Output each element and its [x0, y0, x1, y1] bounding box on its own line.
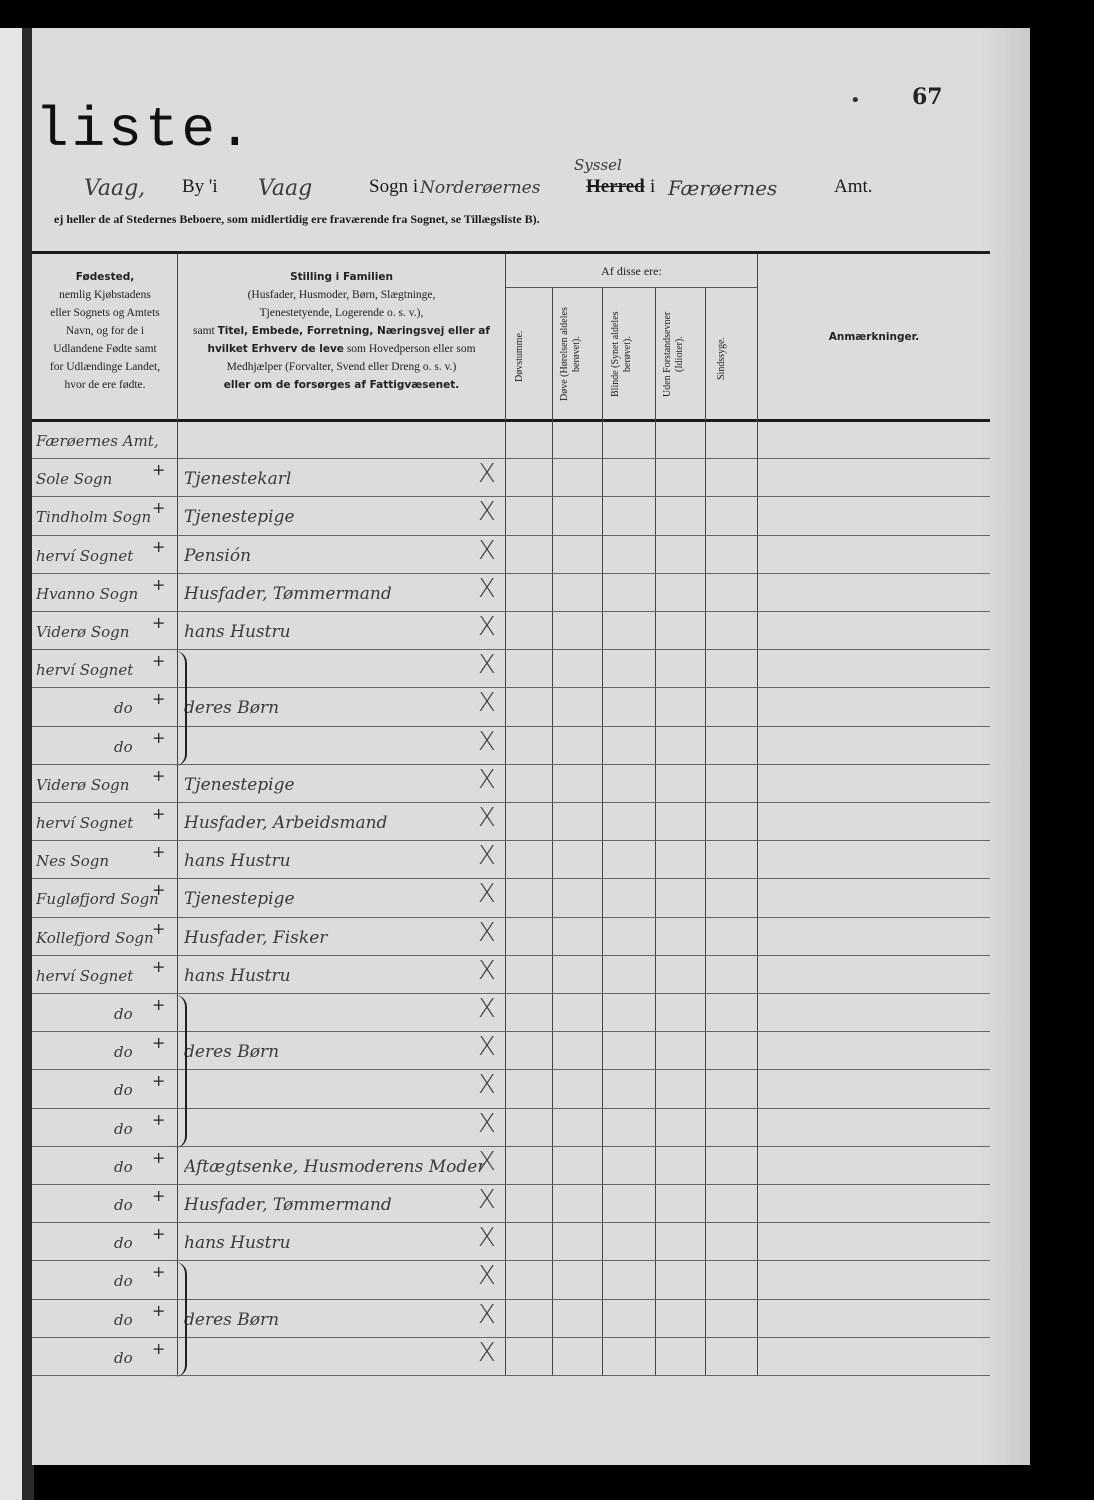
- stilling-cell: hans Hustru: [184, 966, 484, 986]
- table-row: herví Sognet+Husfader, ArbeidsmandX: [32, 802, 990, 840]
- stilling-cell: Tjenestekarl: [184, 469, 484, 489]
- table-row: do+Aftægtsenke, Husmoderens ModerX: [32, 1146, 990, 1184]
- deceased-cross-mark: +: [152, 651, 165, 670]
- table-row: Hvanno Sogn+Husfader, TømmermandX: [32, 573, 990, 611]
- header-af-disse-ere: Af disse ere:: [506, 262, 757, 280]
- page-number: 67: [912, 84, 943, 110]
- x-mark: X: [478, 727, 496, 757]
- x-mark: X: [478, 650, 496, 680]
- af-disse-subrule: [506, 287, 757, 288]
- stilling-cell: hans Hustru: [184, 851, 484, 871]
- grouping-brace-icon: [175, 1262, 187, 1377]
- header-blinde: Blinde (Synet aldeles berøvet).: [610, 294, 646, 414]
- table-row: do+hans HustruX: [32, 1222, 990, 1260]
- deceased-cross-mark: +: [152, 1301, 165, 1320]
- table-row: Viderø Sogn+TjenestepigeX: [32, 764, 990, 802]
- deceased-cross-mark: +: [152, 613, 165, 632]
- deceased-cross-mark: +: [152, 957, 165, 976]
- stilling-cell: Husfader, Tømmermand: [184, 1195, 484, 1215]
- amt-value: Færøernes: [668, 176, 777, 200]
- stilling-cell: deres Børn: [184, 1042, 484, 1062]
- table-row: herví Sognet+PensiónX: [32, 535, 990, 573]
- deceased-cross-mark: +: [152, 728, 165, 747]
- stilling-cell: Aftægtsenke, Husmoderens Moder: [184, 1157, 484, 1177]
- header-dovstumme: Døvstumme.: [514, 306, 544, 406]
- x-mark: X: [478, 1223, 496, 1253]
- x-mark: X: [478, 1032, 496, 1062]
- x-mark: X: [478, 994, 496, 1024]
- header-fodested: Fødested, nemlig Kjøbstadens eller Sogne…: [34, 268, 176, 394]
- x-mark: X: [478, 497, 496, 527]
- x-mark: X: [478, 574, 496, 604]
- deceased-cross-mark: +: [152, 689, 165, 708]
- stilling-cell: Pensión: [184, 546, 484, 566]
- x-mark: X: [478, 1185, 496, 1215]
- census-page: • 67 liste. Vaag, By 'i Vaag Sogn i Nord…: [32, 28, 1030, 1465]
- deceased-cross-mark: +: [152, 1186, 165, 1205]
- x-mark: X: [478, 956, 496, 986]
- table-row: Fugløfjord Sogn+TjenestepigeX: [32, 878, 990, 916]
- ink-dot: •: [850, 90, 861, 111]
- by-label: By 'i: [182, 176, 218, 198]
- x-mark: X: [478, 879, 496, 909]
- header-stilling-title: Stilling i Familien: [290, 271, 393, 283]
- adjacent-page-edge: [0, 28, 22, 1500]
- deceased-cross-mark: +: [152, 575, 165, 594]
- i-label: i: [650, 176, 655, 198]
- sogn-label: Sogn i: [369, 176, 418, 198]
- header-sindssyge: Sindssyge.: [716, 318, 746, 398]
- deceased-cross-mark: +: [152, 1071, 165, 1090]
- deceased-cross-mark: +: [152, 1148, 165, 1167]
- header-stilling: Stilling i Familien (Husfader, Husmoder,…: [180, 268, 503, 394]
- stilling-cell: Husfader, Fisker: [184, 928, 484, 948]
- x-mark: X: [478, 918, 496, 948]
- stilling-cell: Husfader, Tømmermand: [184, 584, 484, 604]
- table-row: Nes Sogn+hans HustruX: [32, 840, 990, 878]
- header-anmaerkninger: Anmærkninger.: [758, 328, 990, 346]
- x-mark: X: [478, 1261, 496, 1291]
- deceased-cross-mark: +: [152, 1339, 165, 1358]
- deceased-cross-mark: +: [152, 766, 165, 785]
- table-row: Færøernes Amt,: [32, 420, 990, 458]
- header-top-rule: [32, 251, 990, 254]
- deceased-cross-mark: +: [152, 498, 165, 517]
- x-mark: X: [478, 765, 496, 795]
- deceased-cross-mark: +: [152, 995, 165, 1014]
- herred-correction: Syssel: [574, 156, 622, 174]
- amt-label: Amt.: [834, 176, 873, 198]
- header-idioter: Uden Forstandsevner (Idioter).: [662, 294, 698, 414]
- stilling-cell: hans Hustru: [184, 622, 484, 642]
- herred-value: Norderøernes: [420, 178, 540, 198]
- x-mark: X: [478, 1338, 496, 1368]
- x-mark: X: [478, 1109, 496, 1139]
- deceased-cross-mark: +: [152, 1224, 165, 1243]
- deceased-cross-mark: +: [152, 1110, 165, 1129]
- header-fodested-title: Fødested,: [76, 271, 135, 283]
- table-row: do+Husfader, TømmermandX: [32, 1184, 990, 1222]
- herred-label-struck: Herred: [586, 176, 645, 198]
- deceased-cross-mark: +: [152, 880, 165, 899]
- deceased-cross-mark: +: [152, 1262, 165, 1281]
- x-mark: X: [478, 1070, 496, 1100]
- stilling-cell: hans Hustru: [184, 1233, 484, 1253]
- instruction-note: ej heller de af Stedernes Beboere, som m…: [54, 212, 540, 227]
- x-mark: X: [478, 841, 496, 871]
- stilling-cell: Husfader, Arbeidsmand: [184, 813, 484, 833]
- stilling-cell: Tjenestepige: [184, 889, 484, 909]
- deceased-cross-mark: +: [152, 1033, 165, 1052]
- stilling-cell: Tjenestepige: [184, 507, 484, 527]
- grouping-brace-icon: [175, 651, 187, 766]
- deceased-cross-mark: +: [152, 842, 165, 861]
- x-mark: X: [478, 1147, 496, 1177]
- stilling-cell: Tjenestepige: [184, 775, 484, 795]
- page-title: liste.: [35, 98, 255, 162]
- stilling-cell: deres Børn: [184, 1310, 484, 1330]
- table-body: Færøernes Amt,Sole Sogn+TjenestekarlXTin…: [32, 420, 990, 1376]
- table-row: Kollefjord Sogn+Husfader, FiskerX: [32, 917, 990, 955]
- x-mark: X: [478, 688, 496, 718]
- header-dove: Døve (Hørelsen aldeles berøvet).: [559, 294, 595, 414]
- deceased-cross-mark: +: [152, 804, 165, 823]
- grouping-brace-icon: [175, 995, 187, 1148]
- deceased-cross-mark: +: [152, 460, 165, 479]
- x-mark: X: [478, 612, 496, 642]
- stilling-cell: deres Børn: [184, 698, 484, 718]
- table-row: Tindholm Sogn+TjenestepigeX: [32, 496, 990, 534]
- x-mark: X: [478, 1300, 496, 1330]
- deceased-cross-mark: +: [152, 537, 165, 556]
- x-mark: X: [478, 536, 496, 566]
- table-row: Viderø Sogn+hans HustruX: [32, 611, 990, 649]
- table-row: herví Sognet+hans HustruX: [32, 955, 990, 993]
- birthplace-cell: Færøernes Amt,: [36, 432, 176, 450]
- deceased-cross-mark: +: [152, 919, 165, 938]
- table-row: Sole Sogn+TjenestekarlX: [32, 458, 990, 496]
- by-value: Vaag,: [84, 176, 145, 201]
- x-mark: X: [478, 459, 496, 489]
- sogn-value: Vaag: [258, 176, 312, 201]
- x-mark: X: [478, 803, 496, 833]
